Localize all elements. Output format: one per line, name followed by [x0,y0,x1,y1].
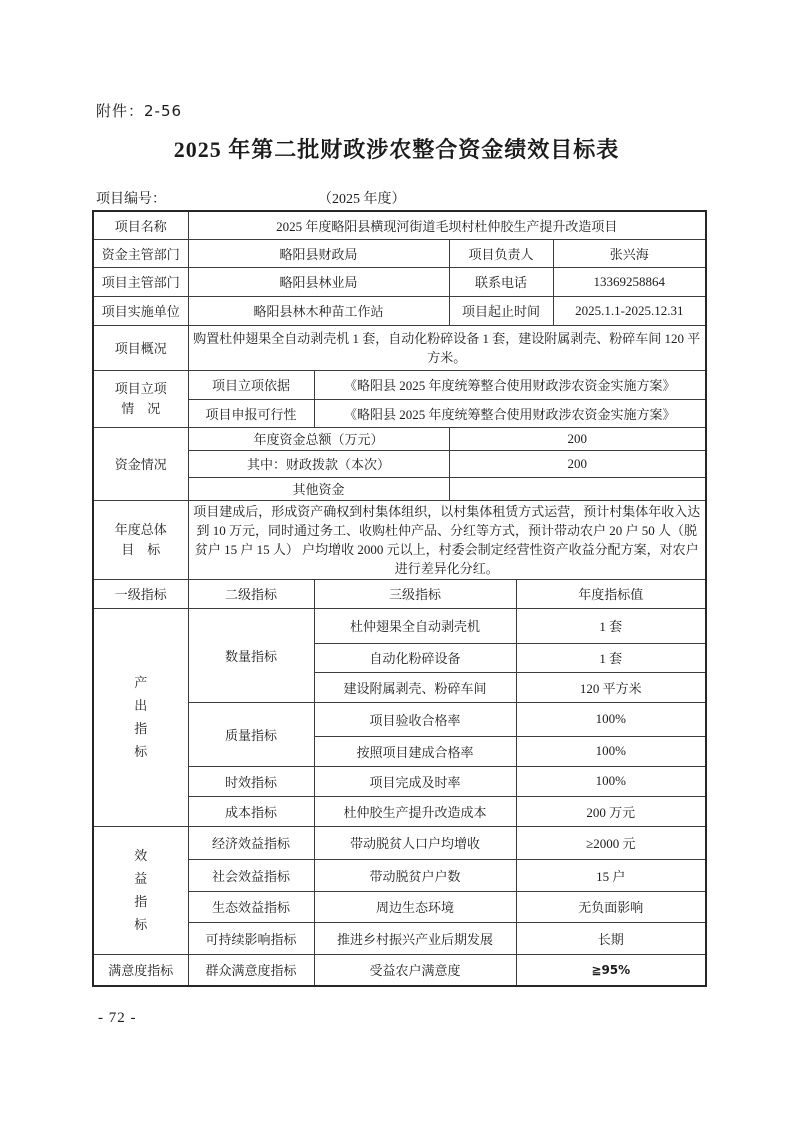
annual-total-value: 200 [449,427,706,450]
other-funds-value [449,477,706,500]
eco-benefit-label: 生态效益指标 [188,891,314,922]
indicator-value: 15 户 [516,859,706,891]
indicator-value: 1 套 [516,643,706,672]
indicator-value: 100% [516,766,706,796]
indicator-name: 推进乡村振兴产业后期发展 [314,922,516,954]
time-indicator-label: 时效指标 [188,766,314,796]
table-row: 项目概况 购置杜仲翅果全自动剥壳机 1 套，自动化粉碎设备 1 套，建设附属剥壳… [93,325,706,370]
header-target-value: 年度指标值 [516,579,706,608]
satisfaction-indicator-label: 满意度指标 [93,954,188,986]
indicator-name: 周边生态环境 [314,891,516,922]
page-title: 2025 年第二批财政涉农整合资金绩效目标表 [0,133,793,164]
other-funds-label: 其他资金 [188,477,449,500]
project-leader-value: 张兴海 [553,239,706,267]
indicator-name: 受益农户满意度 [314,954,516,986]
header-level1: 一级指标 [93,579,188,608]
indicator-name: 建设附属剥壳、粉碎车间 [314,672,516,702]
table-row: 满意度指标 群众满意度指标 受益农户满意度 ≧95% [93,954,706,986]
duration-value: 2025.1.1-2025.12.31 [553,296,706,325]
fund-dept-value: 略阳县财政局 [188,239,449,267]
funding-section-label: 资金情况 [93,427,188,500]
annual-goal-label: 年度总体 目 标 [93,500,188,579]
indicator-value: ≥2000 元 [516,826,706,859]
header-level3: 三级指标 [314,579,516,608]
duration-label: 项目起止时间 [449,296,553,325]
indicator-value: 100% [516,702,706,736]
approval-basis-value: 《略阳县 2025 年度统筹整合使用财政涉农资金实施方案》 [314,370,706,399]
indicator-name: 带动脱贫人口户均增收 [314,826,516,859]
annual-goal-text: 项目建成后，形成资产确权到村集体组织，以村集体租赁方式运营，预计村集体年收入达到… [188,500,706,579]
annual-total-label: 年度资金总额（万元） [188,427,449,450]
indicator-name: 项目验收合格率 [314,702,516,736]
project-leader-label: 项目负责人 [449,239,553,267]
performance-target-table: 项目名称 2025 年度略阳县横现河街道毛坝村杜仲胶生产提升改造项目 资金主管部… [92,210,707,987]
indicator-name: 杜仲胶生产提升改造成本 [314,796,516,826]
attachment-label: 附件：2-56 [96,100,182,121]
indicator-value: 无负面影响 [516,891,706,922]
project-name-value: 2025 年度略阳县横现河街道毛坝村杜仲胶生产提升改造项目 [188,211,706,239]
indicator-value: 200 万元 [516,796,706,826]
economic-benefit-label: 经济效益指标 [188,826,314,859]
table-row: 项目实施单位 略阳县林木种苗工作站 项目起止时间 2025.1.1-2025.1… [93,296,706,325]
indicator-name: 杜仲翅果全自动剥壳机 [314,608,516,643]
table-row: 资金主管部门 略阳县财政局 项目负责人 张兴海 [93,239,706,267]
table-row: 项目名称 2025 年度略阳县横现河街道毛坝村杜仲胶生产提升改造项目 [93,211,706,239]
indicator-header-row: 一级指标 二级指标 三级指标 年度指标值 [93,579,706,608]
table-row: 项目主管部门 略阳县林业局 联系电话 13369258864 [93,267,706,296]
fiscal-allocation-value: 200 [449,450,706,477]
project-number-label: 项目编号： [96,188,166,208]
indicator-value: 长期 [516,922,706,954]
year-label: （2025 年度） [318,188,406,208]
project-dept-label: 项目主管部门 [93,267,188,296]
sustainability-label: 可持续影响指标 [188,922,314,954]
phone-label: 联系电话 [449,267,553,296]
feasibility-label: 项目申报可行性 [188,399,314,427]
project-dept-value: 略阳县林业局 [188,267,449,296]
output-indicator-label: 产 出 指 标 [93,608,188,826]
table-row: 产 出 指 标 数量指标 杜仲翅果全自动剥壳机 1 套 [93,608,706,643]
indicator-value: ≧95% [516,954,706,986]
page-number: - 72 - [98,1010,137,1027]
public-satisfaction-label: 群众满意度指标 [188,954,314,986]
quality-indicator-label: 质量指标 [188,702,314,766]
phone-value: 13369258864 [553,267,706,296]
table-row: 效 益 指 标 经济效益指标 带动脱贫人口户均增收 ≥2000 元 [93,826,706,859]
indicator-value: 120 平方米 [516,672,706,702]
table-row: 年度总体 目 标 项目建成后，形成资产确权到村集体组织，以村集体租赁方式运营，预… [93,500,706,579]
fiscal-allocation-label: 其中：财政拨款（本次） [188,450,449,477]
indicator-name: 按照项目建成合格率 [314,736,516,766]
approval-basis-label: 项目立项依据 [188,370,314,399]
cost-indicator-label: 成本指标 [188,796,314,826]
indicator-name: 自动化粉碎设备 [314,643,516,672]
header-level2: 二级指标 [188,579,314,608]
implement-unit-label: 项目实施单位 [93,296,188,325]
table-row: 项目立项 情 况 项目立项依据 《略阳县 2025 年度统筹整合使用财政涉农资金… [93,370,706,399]
overview-text: 购置杜仲翅果全自动剥壳机 1 套，自动化粉碎设备 1 套，建设附属剥壳、粉碎车间… [188,325,706,370]
indicator-name: 项目完成及时率 [314,766,516,796]
indicator-value: 100% [516,736,706,766]
overview-label: 项目概况 [93,325,188,370]
fund-dept-label: 资金主管部门 [93,239,188,267]
indicator-name: 带动脱贫户户数 [314,859,516,891]
table-row: 资金情况 年度资金总额（万元） 200 [93,427,706,450]
benefit-indicator-label: 效 益 指 标 [93,826,188,954]
feasibility-value: 《略阳县 2025 年度统筹整合使用财政涉农资金实施方案》 [314,399,706,427]
quantity-indicator-label: 数量指标 [188,608,314,702]
social-benefit-label: 社会效益指标 [188,859,314,891]
approval-section-label: 项目立项 情 况 [93,370,188,427]
project-name-label: 项目名称 [93,211,188,239]
implement-unit-value: 略阳县林木种苗工作站 [188,296,449,325]
indicator-value: 1 套 [516,608,706,643]
